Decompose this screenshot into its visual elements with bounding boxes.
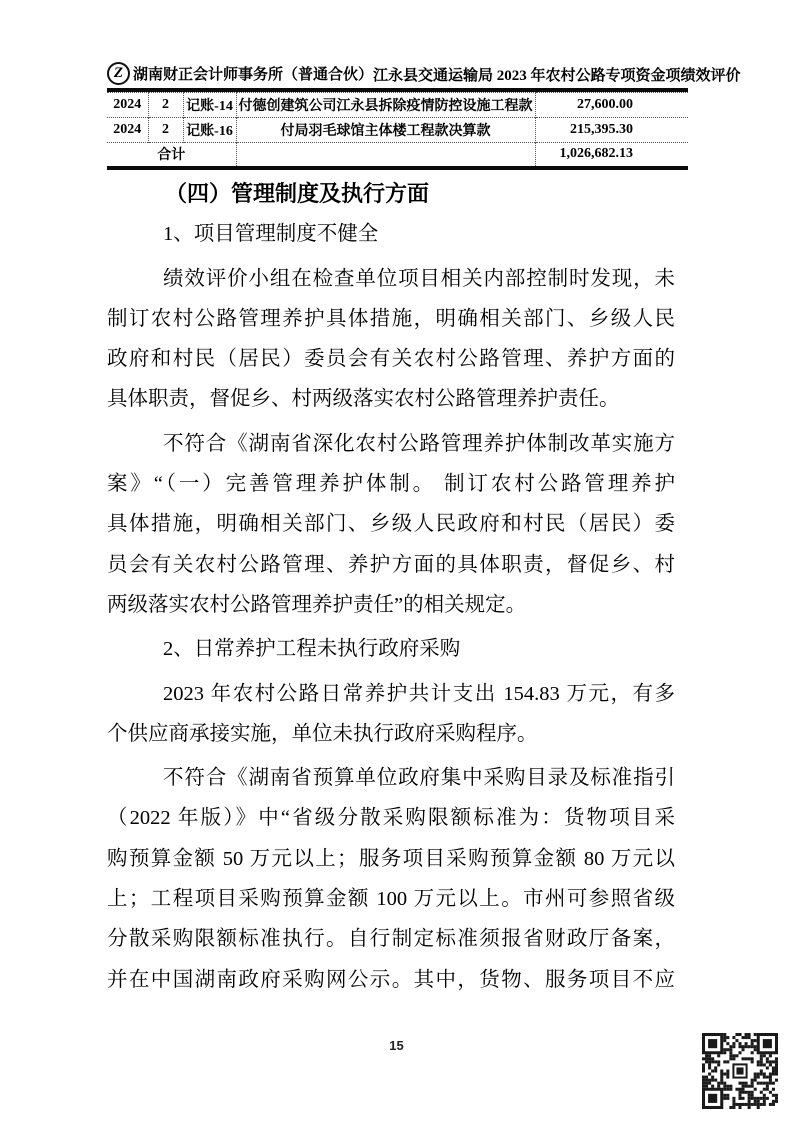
text-line: 购预算金额 50 万元以上；服务项目采购预算金额 80 万元以 <box>107 839 675 879</box>
text-line: 制订农村公路管理养护具体措施，明确相关部门、乡级人民 <box>107 299 675 339</box>
qr-code <box>701 1031 779 1111</box>
table-row: 2024 2 记账-14 付德创建筑公司江永县拆除疫情防控设施工程款 27,60… <box>107 93 688 118</box>
table-total-row: 合计 1,026,682.13 <box>107 143 688 168</box>
paragraph: 绩效评价小组在检查单位项目相关内部控制时发现，未 制订农村公路管理养护具体措施，… <box>107 259 675 420</box>
document-page: Z 湖南财正会计师事务所（普通合伙） 江永县交通运输局 2023 年农村公路专项… <box>0 0 793 1122</box>
total-desc-empty <box>236 143 535 168</box>
cell-voucher: 记账-16 <box>183 118 236 143</box>
text-line: 员会有关农村公路管理、养护方面的具体职责，督促乡、村 <box>107 545 675 585</box>
header-firm: Z 湖南财正会计师事务所（普通合伙） <box>107 62 373 85</box>
subsection-1-title: 1、项目管理制度不健全 <box>107 214 675 254</box>
text-line: 上；工程项目采购预算金额 100 万元以上。市州可参照省级 <box>107 879 675 919</box>
cell-voucher: 记账-14 <box>183 93 236 118</box>
text-line: 2023 年农村公路日常养护共计支出 154.83 万元，有多 <box>107 674 675 714</box>
text-line: （2022 年版）》中“省级分散采购限额标准为：货物项目采 <box>107 798 675 838</box>
text-line: 具体措施，明确相关部门、乡级人民政府和村民（居民）委 <box>107 504 675 544</box>
qr-code-image <box>702 1033 778 1109</box>
company-logo-icon: Z <box>107 62 130 85</box>
header-firm-name: 湖南财正会计师事务所（普通合伙） <box>133 63 373 84</box>
text-line: 两级落实农村公路管理养护责任”的相关规定。 <box>107 585 675 625</box>
page-header: Z 湖南财正会计师事务所（普通合伙） 江永县交通运输局 2023 年农村公路专项… <box>107 57 688 92</box>
header-report-title: 江永县交通运输局 2023 年农村公路专项资金项绩效评价 <box>373 64 741 85</box>
paragraph: 不符合《湖南省预算单位政府集中采购目录及标准指引 （2022 年版）》中“省级分… <box>107 758 675 1000</box>
text-line: 不符合《湖南省深化农村公路管理养护体制改革实施方 <box>107 424 675 464</box>
cell-year: 2024 <box>107 93 148 118</box>
text-line: 不符合《湖南省预算单位政府集中采购目录及标准指引 <box>107 758 675 798</box>
document-body: （四）管理制度及执行方面 1、项目管理制度不健全 绩效评价小组在检查单位项目相关… <box>107 174 675 1004</box>
section-heading-4: （四）管理制度及执行方面 <box>107 174 675 214</box>
paragraph: 不符合《湖南省深化农村公路管理养护体制改革实施方 案》“（一）完善管理养护体制。… <box>107 424 675 625</box>
cell-year: 2024 <box>107 118 148 143</box>
cell-amount: 27,600.00 <box>535 93 688 118</box>
cell-description: 付局羽毛球馆主体楼工程款决算款 <box>236 118 535 143</box>
total-label: 合计 <box>107 143 236 168</box>
text-line: 个供应商承接实施，单位未执行政府采购程序。 <box>107 714 675 754</box>
cell-month: 2 <box>148 118 183 143</box>
cell-amount: 215,395.30 <box>535 118 688 143</box>
text-line: 并在中国湖南政府采购网公示。其中，货物、服务项目不应 <box>107 960 675 1000</box>
text-line: 政府和村民（居民）委员会有关农村公路管理、养护方面的 <box>107 339 675 379</box>
text-line: 绩效评价小组在检查单位项目相关内部控制时发现，未 <box>107 259 675 299</box>
subsection-2-title: 2、日常养护工程未执行政府采购 <box>107 629 675 669</box>
page-number: 15 <box>0 1038 793 1053</box>
table-row: 2024 2 记账-16 付局羽毛球馆主体楼工程款决算款 215,395.30 <box>107 118 688 143</box>
payment-table: 2024 2 记账-14 付德创建筑公司江永县拆除疫情防控设施工程款 27,60… <box>107 92 688 170</box>
cell-month: 2 <box>148 93 183 118</box>
text-line: 具体职责，督促乡、村两级落实农村公路管理养护责任。 <box>107 379 675 419</box>
total-amount: 1,026,682.13 <box>535 143 688 168</box>
paragraph: 2023 年农村公路日常养护共计支出 154.83 万元，有多 个供应商承接实施… <box>107 674 675 755</box>
cell-description: 付德创建筑公司江永县拆除疫情防控设施工程款 <box>236 93 535 118</box>
text-line: 分散采购限额标准执行。自行制定标准须报省财政厅备案， <box>107 919 675 959</box>
text-line: 案》“（一）完善管理养护体制。 制订农村公路管理养护 <box>107 464 675 504</box>
